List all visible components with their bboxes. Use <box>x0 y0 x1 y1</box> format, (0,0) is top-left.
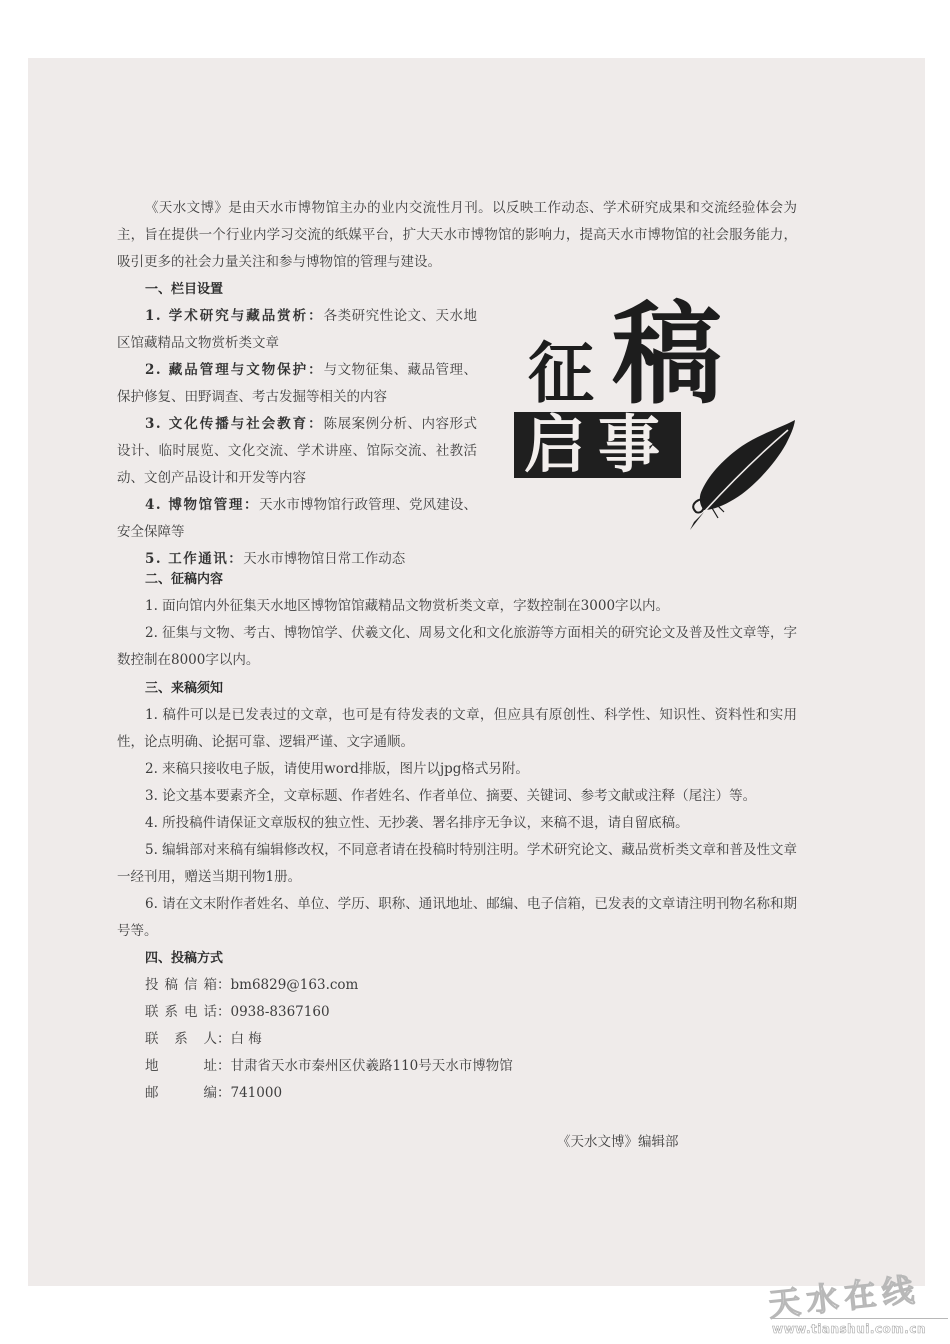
contact-phone-row: 联系电话：0938-8367160 <box>145 999 330 1026</box>
feather-quill-icon <box>680 418 800 533</box>
column-item-1: 1. 学术研究与藏品赏析：各类研究性论文、天水地区馆藏精品文物赏析类文章 <box>117 303 477 357</box>
watermark-url: www.tianshui.com.cn <box>772 1322 926 1336</box>
title-boxed-banner: 启事 <box>514 412 681 478</box>
contact-person-row: 联系人：白 梅 <box>145 1026 262 1053</box>
contact-label: 联系人 <box>145 1026 217 1053</box>
notice-item-1: 1. 稿件可以是已发表过的文章，也可是有待发表的文章，但应具有原创性、科学性、知… <box>117 702 797 756</box>
content-item-1: 1. 面向馆内外征集天水地区博物馆馆藏精品文物赏析类文章，字数控制在3000字以… <box>117 593 797 620</box>
contact-label: 投稿信箱 <box>145 972 217 999</box>
watermark: 天水在线 www.tianshui.com.cn <box>768 1272 948 1342</box>
notice-item-6: 6. 请在文末附作者姓名、单位、学历、职称、通讯地址、邮编、电子信箱，已发表的文… <box>117 891 797 945</box>
contact-phone-value: 0938-8367160 <box>231 1004 330 1020</box>
contact-postcode-row: 邮编：741000 <box>145 1080 282 1107</box>
title-char-zheng: 征 <box>528 340 594 406</box>
title-char-gao: 稿 <box>612 300 722 410</box>
contact-label: 联系电话 <box>145 999 217 1026</box>
column-item-label: 3. 文化传播与社会教育： <box>145 416 324 432</box>
intro-paragraph: 《天水文博》是由天水市博物馆主办的业内交流性月刊。以反映工作动态、学术研究成果和… <box>117 195 797 276</box>
section-heading-notice: 三、来稿须知 <box>145 675 223 702</box>
section-heading-content: 二、征稿内容 <box>145 566 223 593</box>
column-item-label: 1. 学术研究与藏品赏析： <box>145 308 324 324</box>
watermark-text: 天水在线 <box>766 1264 922 1326</box>
contact-label: 邮编 <box>145 1080 217 1107</box>
notice-item-5: 5. 编辑部对来稿有编辑修改权，不同意者请在投稿时特别注明。学术研究论文、藏品赏… <box>117 837 797 891</box>
contact-postcode-value: 741000 <box>231 1085 283 1101</box>
column-item-4: 4. 博物馆管理：天水市博物馆行政管理、党风建设、安全保障等 <box>117 492 477 546</box>
editorial-signature: 《天水文博》编辑部 <box>557 1130 679 1150</box>
watermark-divider <box>772 1318 948 1319</box>
title-boxed-text: 启事 <box>524 410 672 480</box>
column-item-label: 5. 工作通讯： <box>145 551 243 567</box>
column-item-3: 3. 文化传播与社会教育：陈展案例分析、内容形式设计、临时展览、文化交流、学术讲… <box>117 411 477 492</box>
contact-address-value: 甘肃省天水市秦州区伏羲路110号天水市博物馆 <box>231 1058 513 1074</box>
contact-address-row: 地址：甘肃省天水市秦州区伏羲路110号天水市博物馆 <box>145 1053 513 1080</box>
section-heading-columns: 一、栏目设置 <box>145 276 223 303</box>
contact-email-link[interactable]: bm6829@163.com <box>231 977 359 993</box>
contact-email-row: 投稿信箱：bm6829@163.com <box>145 972 358 999</box>
title-artwork: 征 稿 启事 <box>512 300 802 535</box>
notice-item-4: 4. 所投稿件请保证文章版权的独立性、无抄袭、署名排序无争议，来稿不退，请自留底… <box>117 810 797 837</box>
column-item-text: 天水市博物馆日常工作动态 <box>243 551 405 567</box>
content-item-2: 2. 征集与文物、考古、博物馆学、伏羲文化、周易文化和文化旅游等方面相关的研究论… <box>117 620 797 674</box>
column-item-2: 2. 藏品管理与文物保护：与文物征集、藏品管理、保护修复、田野调查、考古发掘等相… <box>117 357 477 411</box>
notice-item-2: 2. 来稿只接收电子版，请使用word排版，图片以jpg格式另附。 <box>117 756 797 783</box>
section-heading-submission: 四、投稿方式 <box>145 945 223 972</box>
contact-person-value: 白 梅 <box>231 1031 262 1047</box>
contact-label: 地址 <box>145 1053 217 1080</box>
column-item-label: 2. 藏品管理与文物保护： <box>145 362 324 378</box>
column-item-label: 4. 博物馆管理： <box>145 497 259 513</box>
notice-item-3: 3. 论文基本要素齐全，文章标题、作者姓名、作者单位、摘要、关键词、参考文献或注… <box>117 783 797 810</box>
